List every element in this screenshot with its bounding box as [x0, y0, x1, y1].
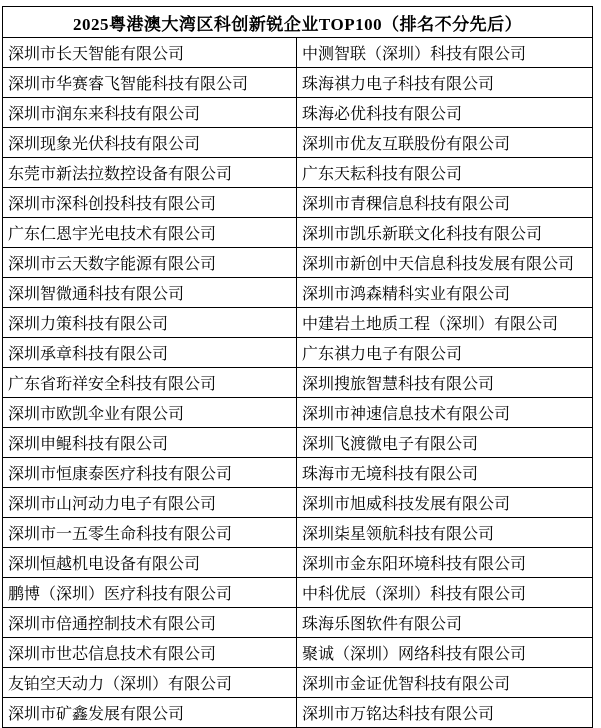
table-row: 深圳市深科创投科技有限公司深圳市青稞信息科技有限公司 — [3, 188, 593, 218]
company-cell-left: 深圳市一五零生命科技有限公司 — [3, 518, 297, 548]
company-cell-left: 友铂空天动力（深圳）有限公司 — [3, 668, 297, 698]
title-row: 2025粤港澳大湾区科创新锐企业TOP100（排名不分先后） — [3, 7, 593, 38]
table-body: 深圳市长天智能有限公司中测智联（深圳）科技有限公司深圳市华赛睿飞智能科技有限公司… — [3, 38, 593, 728]
table-row: 广东仁恩宇光电技术有限公司深圳市凯乐新联文化科技有限公司 — [3, 218, 593, 248]
table-row: 深圳力策科技有限公司中建岩土地质工程（深圳）有限公司 — [3, 308, 593, 338]
table-row: 深圳市欧凯伞业有限公司深圳市神速信息技术有限公司 — [3, 398, 593, 428]
table-row: 广东省珩祥安全科技有限公司深圳搜旅智慧科技有限公司 — [3, 368, 593, 398]
company-cell-left: 广东省珩祥安全科技有限公司 — [3, 368, 297, 398]
company-cell-left: 深圳市润东来科技有限公司 — [3, 98, 297, 128]
table-row: 深圳现象光伏科技有限公司深圳市优友互联股份有限公司 — [3, 128, 593, 158]
company-cell-right: 珠海乐图软件有限公司 — [297, 608, 593, 638]
table-row: 深圳市长天智能有限公司中测智联（深圳）科技有限公司 — [3, 38, 593, 68]
company-cell-left: 深圳恒越机电设备有限公司 — [3, 548, 297, 578]
company-cell-right: 中科优辰（深圳）科技有限公司 — [297, 578, 593, 608]
company-cell-left: 深圳市云天数字能源有限公司 — [3, 248, 297, 278]
company-cell-left: 深圳申鲲科技有限公司 — [3, 428, 297, 458]
company-cell-right: 深圳市金证优智科技有限公司 — [297, 668, 593, 698]
table-row: 深圳恒越机电设备有限公司深圳市金东阳环境科技有限公司 — [3, 548, 593, 578]
company-cell-left: 深圳市华赛睿飞智能科技有限公司 — [3, 68, 297, 98]
company-cell-right: 广东天耘科技有限公司 — [297, 158, 593, 188]
table-row: 深圳市润东来科技有限公司珠海必优科技有限公司 — [3, 98, 593, 128]
table-row: 深圳市一五零生命科技有限公司深圳柒星领航科技有限公司 — [3, 518, 593, 548]
company-cell-left: 深圳市倍通控制技术有限公司 — [3, 608, 297, 638]
table-row: 东莞市新法拉数控设备有限公司广东天耘科技有限公司 — [3, 158, 593, 188]
table-row: 深圳市世芯信息技术有限公司聚诚（深圳）网络科技有限公司 — [3, 638, 593, 668]
company-table: 2025粤港澳大湾区科创新锐企业TOP100（排名不分先后） 深圳市长天智能有限… — [2, 6, 593, 728]
company-cell-left: 深圳市山河动力电子有限公司 — [3, 488, 297, 518]
company-table-container: 2025粤港澳大湾区科创新锐企业TOP100（排名不分先后） 深圳市长天智能有限… — [2, 6, 593, 728]
company-cell-left: 深圳市长天智能有限公司 — [3, 38, 297, 68]
table-title: 2025粤港澳大湾区科创新锐企业TOP100（排名不分先后） — [3, 7, 593, 38]
company-cell-right: 广东祺力电子有限公司 — [297, 338, 593, 368]
company-cell-left: 深圳市恒康泰医疗科技有限公司 — [3, 458, 297, 488]
company-cell-right: 深圳市新创中天信息科技发展有限公司 — [297, 248, 593, 278]
company-cell-right: 珠海必优科技有限公司 — [297, 98, 593, 128]
table-row: 深圳承章科技有限公司广东祺力电子有限公司 — [3, 338, 593, 368]
company-cell-right: 深圳市鸿森精科实业有限公司 — [297, 278, 593, 308]
table-row: 深圳市云天数字能源有限公司深圳市新创中天信息科技发展有限公司 — [3, 248, 593, 278]
company-cell-right: 中建岩土地质工程（深圳）有限公司 — [297, 308, 593, 338]
company-cell-left: 深圳承章科技有限公司 — [3, 338, 297, 368]
table-row: 深圳申鲲科技有限公司深圳飞渡微电子有限公司 — [3, 428, 593, 458]
company-cell-right: 深圳搜旅智慧科技有限公司 — [297, 368, 593, 398]
company-cell-right: 深圳市青稞信息科技有限公司 — [297, 188, 593, 218]
table-row: 友铂空天动力（深圳）有限公司深圳市金证优智科技有限公司 — [3, 668, 593, 698]
company-cell-right: 深圳市凯乐新联文化科技有限公司 — [297, 218, 593, 248]
table-row: 深圳市华赛睿飞智能科技有限公司珠海祺力电子科技有限公司 — [3, 68, 593, 98]
company-cell-left: 东莞市新法拉数控设备有限公司 — [3, 158, 297, 188]
company-cell-right: 珠海祺力电子科技有限公司 — [297, 68, 593, 98]
company-cell-left: 深圳市世芯信息技术有限公司 — [3, 638, 297, 668]
company-cell-right: 深圳市金东阳环境科技有限公司 — [297, 548, 593, 578]
company-cell-left: 深圳智微通科技有限公司 — [3, 278, 297, 308]
company-cell-left: 深圳市欧凯伞业有限公司 — [3, 398, 297, 428]
company-cell-left: 鹏博（深圳）医疗科技有限公司 — [3, 578, 297, 608]
company-cell-right: 深圳市优友互联股份有限公司 — [297, 128, 593, 158]
company-cell-right: 聚诚（深圳）网络科技有限公司 — [297, 638, 593, 668]
company-cell-left: 广东仁恩宇光电技术有限公司 — [3, 218, 297, 248]
table-row: 深圳智微通科技有限公司深圳市鸿森精科实业有限公司 — [3, 278, 593, 308]
company-cell-right: 深圳市万铭达科技有限公司 — [297, 698, 593, 728]
company-cell-left: 深圳力策科技有限公司 — [3, 308, 297, 338]
table-row: 深圳市矿鑫发展有限公司深圳市万铭达科技有限公司 — [3, 698, 593, 728]
table-row: 深圳市山河动力电子有限公司深圳市旭威科技发展有限公司 — [3, 488, 593, 518]
company-cell-right: 深圳飞渡微电子有限公司 — [297, 428, 593, 458]
company-cell-left: 深圳市深科创投科技有限公司 — [3, 188, 297, 218]
table-row: 深圳市倍通控制技术有限公司珠海乐图软件有限公司 — [3, 608, 593, 638]
table-row: 鹏博（深圳）医疗科技有限公司中科优辰（深圳）科技有限公司 — [3, 578, 593, 608]
company-cell-right: 中测智联（深圳）科技有限公司 — [297, 38, 593, 68]
company-cell-right: 深圳市神速信息技术有限公司 — [297, 398, 593, 428]
company-cell-left: 深圳市矿鑫发展有限公司 — [3, 698, 297, 728]
company-cell-left: 深圳现象光伏科技有限公司 — [3, 128, 297, 158]
company-cell-right: 深圳柒星领航科技有限公司 — [297, 518, 593, 548]
table-row: 深圳市恒康泰医疗科技有限公司珠海市无境科技有限公司 — [3, 458, 593, 488]
company-cell-right: 珠海市无境科技有限公司 — [297, 458, 593, 488]
company-cell-right: 深圳市旭威科技发展有限公司 — [297, 488, 593, 518]
